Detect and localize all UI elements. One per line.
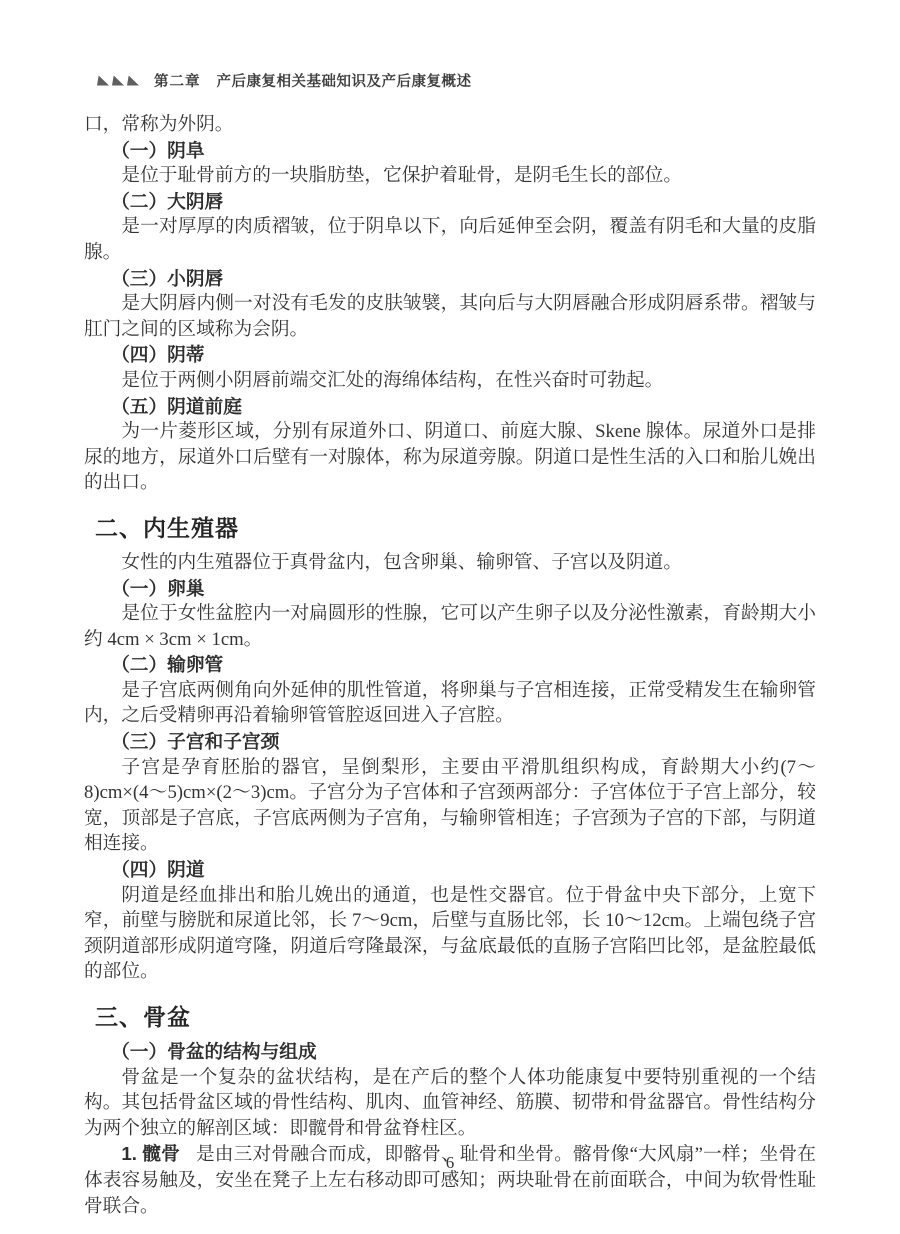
- sub-heading: （二）大阴唇: [84, 189, 816, 215]
- body-paragraph: 是位于两侧小阴唇前端交汇处的海绵体结构，在性兴奋时可勃起。: [84, 368, 816, 394]
- sub-heading: （一）卵巢: [84, 576, 816, 602]
- chapter-title: 产后康复相关基础知识及产后康复概述: [217, 70, 472, 91]
- section-heading: 三、骨盆: [95, 1002, 816, 1034]
- body-paragraph: 骨盆是一个复杂的盆状结构，是在产后的整个人体功能康复中要特别重视的一个结构。其包…: [84, 1065, 816, 1142]
- body-paragraph-continued: 口，常称为外阴。: [84, 112, 816, 138]
- triangle-icon: [112, 76, 124, 86]
- body-paragraph: 为一片菱形区域，分别有尿道外口、阴道口、前庭大腺、Skene 腺体。尿道外口是排…: [84, 419, 816, 496]
- body-paragraph: 女性的内生殖器位于真骨盆内，包含卵巢、输卵管、子宫以及阴道。: [84, 550, 816, 576]
- sub-heading: （五）阴道前庭: [84, 394, 816, 420]
- triangle-icon: [97, 76, 109, 86]
- sub-heading: （一）阴阜: [84, 138, 816, 164]
- body-paragraph: 是一对厚厚的肉质褶皱，位于阴阜以下，向后延伸至会阴，覆盖有阴毛和大量的皮脂腺。: [84, 214, 816, 265]
- sub-heading: （四）阴蒂: [84, 342, 816, 368]
- running-header: 第二章 产后康复相关基础知识及产后康复概述: [97, 70, 472, 91]
- sub-heading: （三）子宫和子宫颈: [84, 729, 816, 755]
- body-paragraph: 子宫是孕育胚胎的器官，呈倒梨形，主要由平滑肌组织构成，育龄期大小约(7～8)cm…: [84, 755, 816, 857]
- body-paragraph: 阴道是经血排出和胎儿娩出的通道，也是性交器官。位于骨盆中央下部分，上宽下窄，前壁…: [84, 883, 816, 985]
- sub-heading: （二）输卵管: [84, 652, 816, 678]
- sub-heading: （一）骨盆的结构与组成: [84, 1039, 816, 1065]
- triple-triangle-icon: [97, 76, 139, 86]
- sub-heading: （三）小阴唇: [84, 266, 816, 292]
- sub-heading: （四）阴道: [84, 857, 816, 883]
- triangle-icon: [127, 76, 139, 86]
- chapter-label: 第二章: [154, 70, 201, 91]
- page-number: 6: [0, 1153, 900, 1173]
- body-paragraph: 是大阴唇内侧一对没有毛发的皮肤皱襞，其向后与大阴唇融合形成阴唇系带。褶皱与肛门之…: [84, 291, 816, 342]
- page-body: 口，常称为外阴。 （一）阴阜 是位于耻骨前方的一块脂肪垫，它保护着耻骨，是阴毛生…: [84, 112, 816, 1219]
- book-page: 第二章 产后康复相关基础知识及产后康复概述 口，常称为外阴。 （一）阴阜 是位于…: [0, 0, 900, 1234]
- section-heading: 二、内生殖器: [95, 513, 816, 545]
- body-paragraph: 是位于女性盆腔内一对扁圆形的性腺，它可以产生卵子以及分泌性激素，育龄期大小约 4…: [84, 601, 816, 652]
- body-paragraph: 是位于耻骨前方的一块脂肪垫，它保护着耻骨，是阴毛生长的部位。: [84, 163, 816, 189]
- body-paragraph: 是子宫底两侧角向外延伸的肌性管道，将卵巢与子宫相连接，正常受精发生在输卵管内，之…: [84, 678, 816, 729]
